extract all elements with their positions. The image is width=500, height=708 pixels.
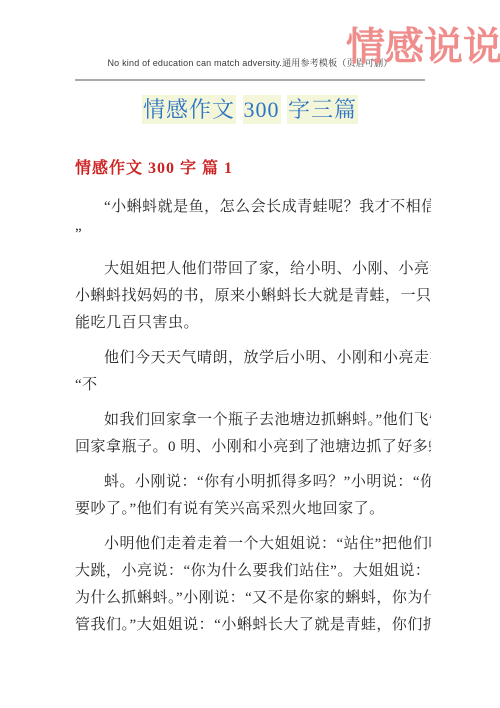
text-line: 小蝌蚪找妈妈的书，原来小蝌蚪长大就是青蛙，一只青蛙一天 bbox=[75, 283, 431, 310]
document-page: 情感说说 No kind of education can match adve… bbox=[0, 0, 500, 708]
paragraph: 大姐姐把人他们带回了家，给小明、小刚、小亮看了一本小蝌蚪找妈妈的书，原来小蝌蚪长… bbox=[75, 256, 431, 337]
text-line: ” bbox=[75, 221, 431, 248]
paragraph: “小蝌蚪就是鱼，怎么会长成青蛙呢？我才不相信你呢。” bbox=[75, 194, 431, 248]
title-segment: 情感作文 bbox=[142, 95, 236, 124]
text-line: 回家拿瓶子。0 明、小刚和小亮到了池塘边抓了好多蝌 bbox=[75, 434, 431, 461]
paragraph: 如我们回家拿一个瓶子去池塘边抓蝌蚪。”他们飞快地跑回家拿瓶子。0 明、小刚和小亮… bbox=[75, 407, 431, 461]
text-line: 小明他们走着走着一个大姐姐说：“站住”把他们吓了一 bbox=[75, 531, 431, 558]
site-watermark: 情感说说 bbox=[346, 27, 500, 69]
text-line: “小蝌蚪就是鱼，怎么会长成青蛙呢？我才不相信你呢。 bbox=[75, 194, 431, 221]
text-line: 蚪。小刚说：“你有小明抓得多吗？”小明说：“你们不 bbox=[75, 469, 431, 496]
title-segment: 字三篇 bbox=[287, 95, 358, 124]
text-line: 大姐姐把人他们带回了家，给小明、小刚、小亮看了一本 bbox=[75, 256, 431, 283]
text-line: 要吵了。”他们有说有笑兴高采烈火地回家了。 bbox=[75, 496, 431, 523]
text-line: “不 bbox=[75, 372, 431, 399]
document-title: 情感作文 300 字三篇 bbox=[0, 93, 500, 124]
text-line: 大跳，小亮说：“你为什么要我们站住”。大姐姐说：“你们 bbox=[75, 558, 431, 585]
text-line: 能吃几百只害虫。 bbox=[75, 310, 431, 337]
text-line: 为什么抓蝌蚪。”小刚说：“又不是你家的蝌蚪，你为什么要 bbox=[75, 585, 431, 612]
text-line: 管我们。”大姐姐说：“小蝌蚪长大了就是青蛙，你们抓了几 bbox=[75, 612, 431, 639]
section-heading: 情感作文 300 字 篇 1 bbox=[75, 155, 233, 178]
paragraph: 他们今天天气晴朗，放学后小明、小刚和小亮走在一起说：“不 bbox=[75, 345, 431, 399]
essay-body: “小蝌蚪就是鱼，怎么会长成青蛙呢？我才不相信你呢。”大姐姐把人他们带回了家，给小… bbox=[75, 194, 431, 647]
text-line: 如我们回家拿一个瓶子去池塘边抓蝌蚪。”他们飞快地跑 bbox=[75, 407, 431, 434]
header-divider bbox=[75, 79, 425, 81]
title-segment: 300 bbox=[243, 95, 281, 124]
text-line: 他们今天天气晴朗，放学后小明、小刚和小亮走在一起说： bbox=[75, 345, 431, 372]
paragraph: 小明他们走着走着一个大姐姐说：“站住”把他们吓了一大跳，小亮说：“你为什么要我们… bbox=[75, 531, 431, 639]
paragraph: 蚪。小刚说：“你有小明抓得多吗？”小明说：“你们不要吵了。”他们有说有笑兴高采烈… bbox=[75, 469, 431, 523]
